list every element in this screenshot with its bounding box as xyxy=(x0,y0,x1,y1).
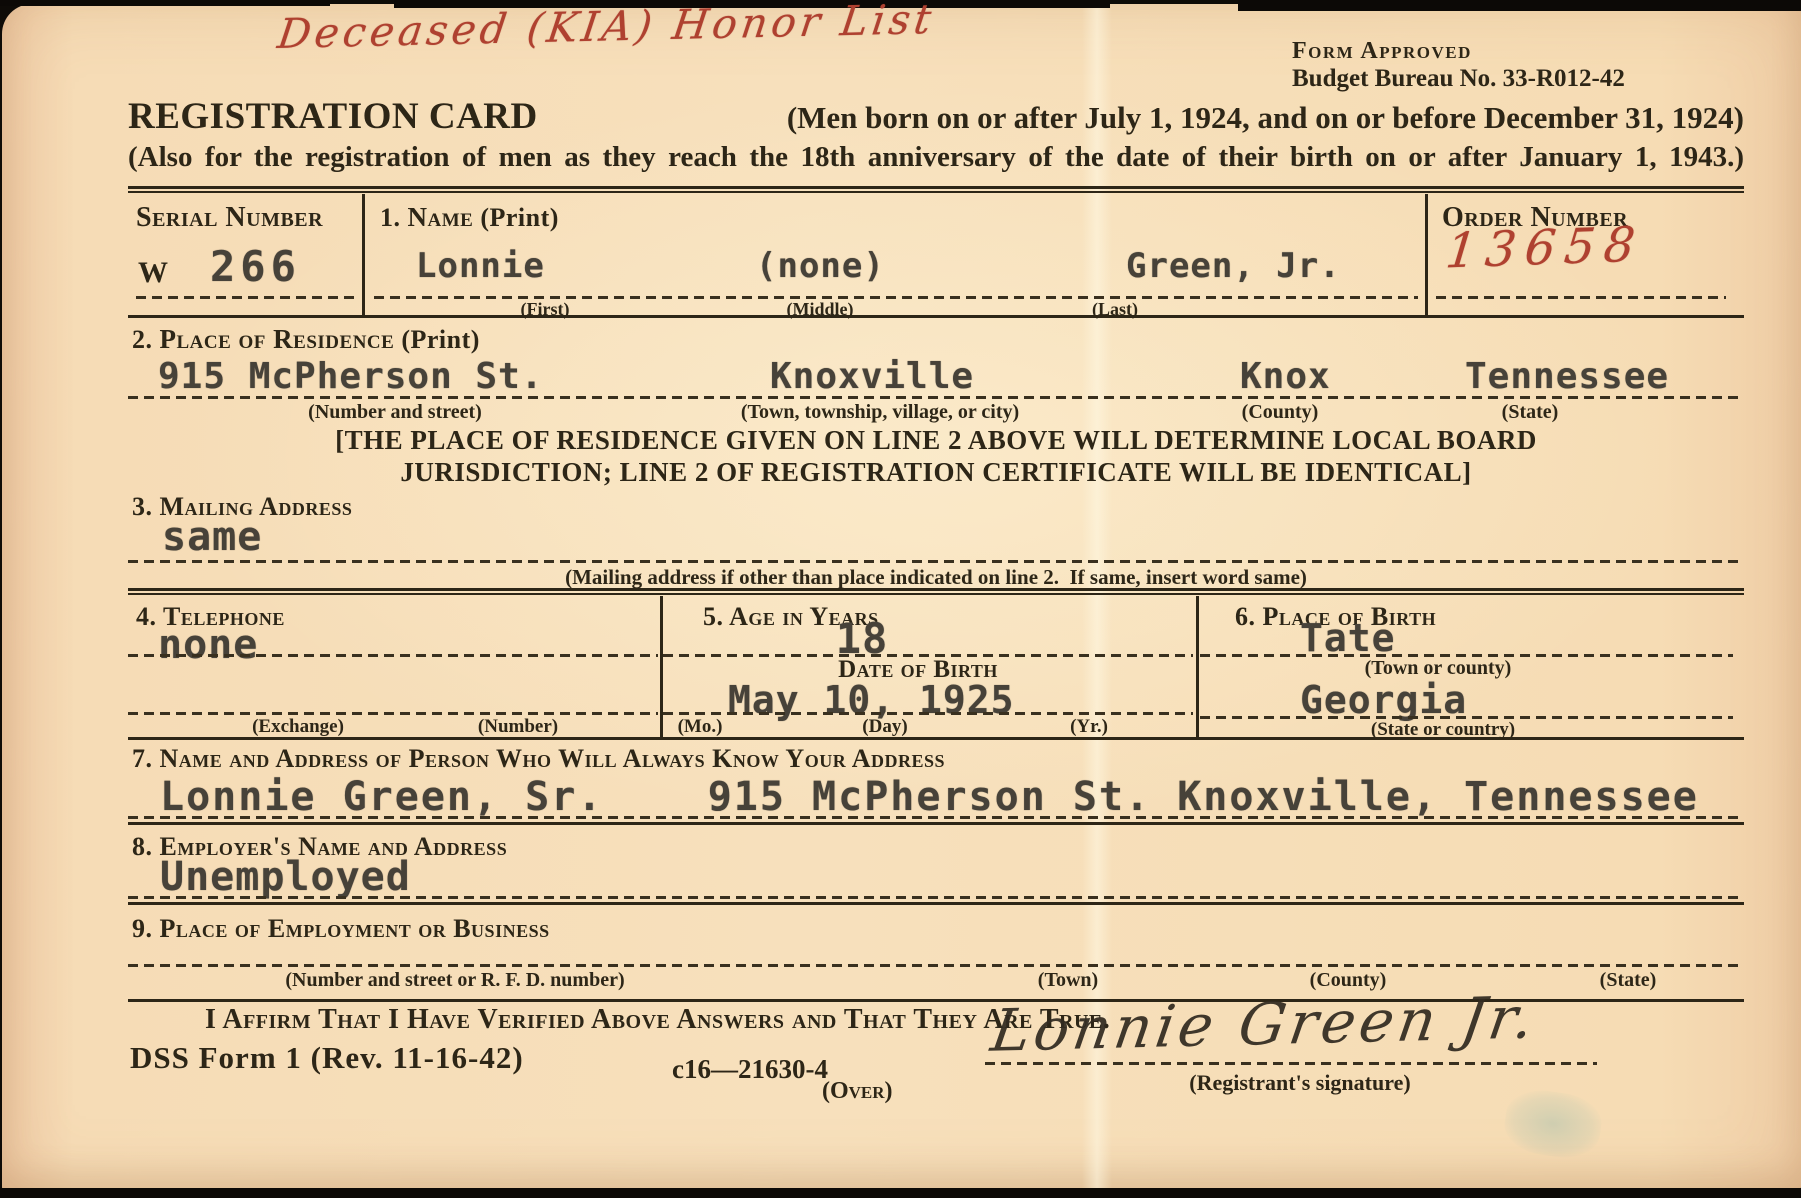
residence-street-caption: (Number and street) xyxy=(308,401,482,424)
employment-town-caption: (Town) xyxy=(1038,969,1098,992)
employment-line xyxy=(128,964,1742,967)
residence-city-caption: (Town, township, village, or city) xyxy=(741,401,1019,424)
header-divider xyxy=(128,186,1744,193)
name-field-word: Name xyxy=(408,202,474,232)
residence-street-value: 915 McPherson St. xyxy=(158,356,543,397)
card-title: REGISTRATION CARD xyxy=(128,95,538,138)
registrant-signature: Lonnie Green Jr. xyxy=(987,983,1542,1065)
mailing-address-value: same xyxy=(162,514,262,560)
signature-line xyxy=(985,1062,1597,1065)
card-subtitle: (Also for the registration of men as the… xyxy=(128,141,1744,174)
divider-age-birth xyxy=(1196,596,1199,737)
employment-street-caption: (Number and street or R. F. D. number) xyxy=(285,969,624,992)
budget-bureau-number: Budget Bureau No. 33-R012-42 xyxy=(1292,65,1752,92)
telephone-line-1 xyxy=(128,654,658,657)
name-field-number: 1. xyxy=(380,203,401,232)
print-code: c16—21630-4 xyxy=(672,1054,828,1085)
row-employer: 8. Employer's Name and Address Unemploye… xyxy=(128,828,1744,905)
mailing-line xyxy=(128,560,1744,563)
telephone-value: none xyxy=(158,622,258,668)
signature-block: Lonnie Green Jr. xyxy=(992,990,1752,1058)
mailing-caption: (Mailing address if other than place ind… xyxy=(128,565,1744,590)
name-field-label: 1. Name (Print) xyxy=(380,202,559,233)
affirmation-statement: I Affirm That I Have Verified Above Answ… xyxy=(205,1004,1110,1036)
mailing-divider xyxy=(128,588,1744,595)
dob-day-caption: (Day) xyxy=(862,716,907,738)
name-first-value: Lonnie xyxy=(416,246,545,286)
residence-field-word: Place of Residence xyxy=(160,324,395,354)
telephone-line-2 xyxy=(128,712,658,715)
residence-county-value: Knox xyxy=(1240,356,1331,397)
local-board-note-line1: [THE PLACE OF RESIDENCE GIVEN ON LINE 2 … xyxy=(128,424,1744,456)
signature-caption: (Registrant's signature) xyxy=(1130,1070,1470,1096)
birthplace-state-caption: (State or country) xyxy=(1371,719,1515,741)
form-id: DSS Form 1 (Rev. 11-16-42) xyxy=(130,1040,524,1076)
contact-line xyxy=(128,816,1742,819)
employer-line xyxy=(128,896,1742,899)
birthplace-town-caption: (Town or county) xyxy=(1365,657,1512,680)
divider-name-order xyxy=(1425,194,1428,315)
form-approved-label: Form Approved xyxy=(1292,38,1752,65)
dob-year-caption: (Yr.) xyxy=(1070,716,1108,738)
row-serial-name-order: Serial Number W 266 1. Name (Print) Lonn… xyxy=(128,194,1744,318)
residence-state-caption: (State) xyxy=(1502,401,1559,424)
telephone-number-caption: (Number) xyxy=(478,716,558,738)
order-line xyxy=(1436,296,1726,299)
name-middle-caption: (Middle) xyxy=(787,299,854,320)
residence-city-value: Knoxville xyxy=(770,356,974,397)
scan-edge-top-left xyxy=(0,0,330,6)
scan-edge-bottom xyxy=(0,1188,1801,1198)
serial-prefix: W xyxy=(138,256,168,290)
row-residence: 2. Place of Residence (Print) 915 McPher… xyxy=(128,318,1744,424)
name-last-caption: (Last) xyxy=(1092,299,1138,320)
row-telephone-age-birth: 4. Telephone none (Exchange) (Number) 5.… xyxy=(128,596,1744,740)
over-label: (Over) xyxy=(822,1078,893,1105)
order-number-value: 13658 xyxy=(1443,216,1646,279)
serial-number-value: 266 xyxy=(210,242,301,291)
card-title-eligibility: (Men born on or after July 1, 1924, and … xyxy=(787,100,1744,136)
residence-field-number: 2. xyxy=(132,325,153,354)
serial-line xyxy=(136,296,354,299)
dob-month-caption: (Mo.) xyxy=(678,716,723,738)
name-print-hint: (Print) xyxy=(480,203,559,232)
local-board-note: [THE PLACE OF RESIDENCE GIVEN ON LINE 2 … xyxy=(128,424,1744,488)
employment-label: 9. Place of Employment or Business xyxy=(132,914,550,944)
employer-value: Unemployed xyxy=(160,854,411,900)
divider-serial-name xyxy=(362,194,365,315)
form-approval-block: Form Approved Budget Bureau No. 33-R012-… xyxy=(1292,38,1752,92)
residence-state-value: Tennessee xyxy=(1465,356,1669,397)
contact-label: 7. Name and Address of Person Who Will A… xyxy=(132,744,945,774)
contact-value: Lonnie Green, Sr. 915 McPherson St. Knox… xyxy=(160,774,1699,820)
telephone-exchange-caption: (Exchange) xyxy=(252,716,344,738)
name-first-caption: (First) xyxy=(521,299,570,320)
scan-edge-top-right xyxy=(1238,0,1801,11)
residence-print-hint: (Print) xyxy=(401,325,480,354)
residence-county-caption: (County) xyxy=(1242,401,1319,424)
residence-line xyxy=(128,396,1742,399)
name-middle-value: (none) xyxy=(756,246,885,286)
registration-card-scan: Deceased (KIA) Honor List Form Approved … xyxy=(0,0,1801,1198)
employment-state-caption: (State) xyxy=(1600,969,1657,992)
name-last-value: Green, Jr. xyxy=(1126,246,1341,286)
row-contact: 7. Name and Address of Person Who Will A… xyxy=(128,740,1744,825)
card-title-row: REGISTRATION CARD (Men born on or after … xyxy=(128,95,1744,138)
local-board-note-line2: JURISDICTION; LINE 2 OF REGISTRATION CER… xyxy=(128,456,1744,488)
divider-telephone-age xyxy=(660,596,663,737)
serial-number-label: Serial Number xyxy=(136,202,323,234)
dob-line xyxy=(663,712,1193,715)
residence-field-label: 2. Place of Residence (Print) xyxy=(132,324,480,355)
